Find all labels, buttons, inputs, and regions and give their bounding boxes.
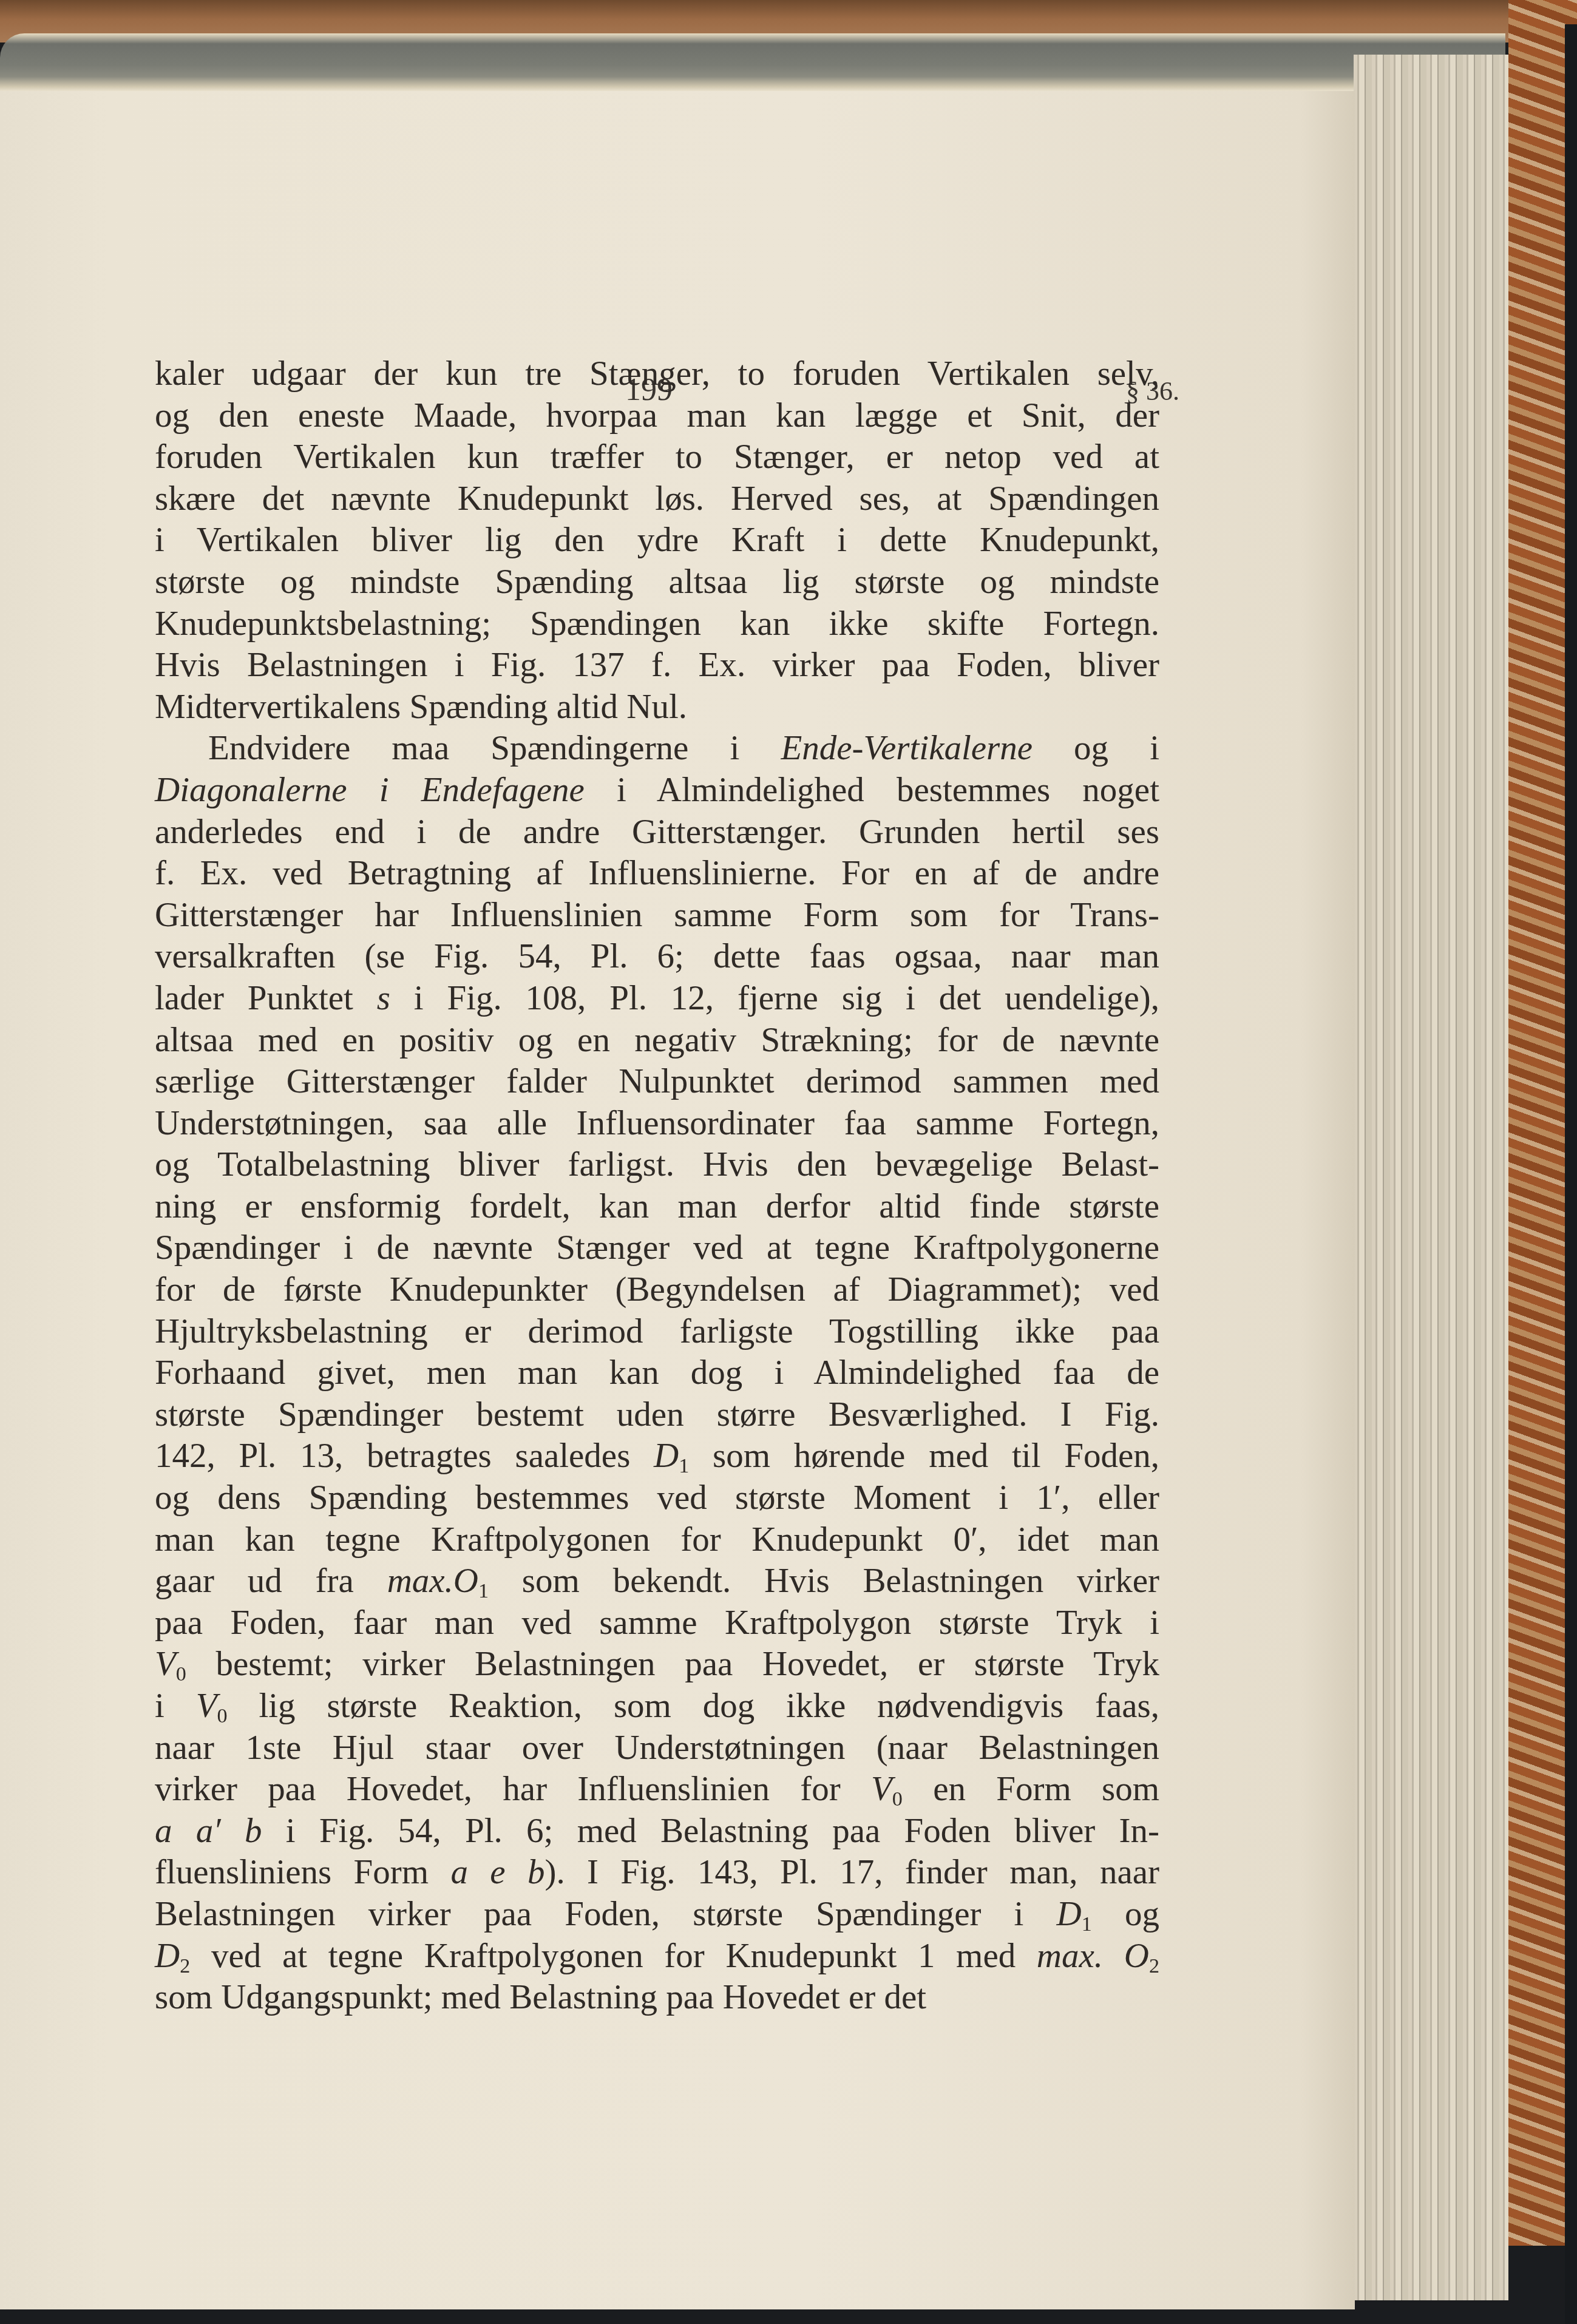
text-line: i V0 lig største Reaktion, som dog ikke … [155,1685,1159,1727]
text-line: største og mindste Spænding altsaa lig s… [155,561,1159,603]
text-line: Midtervertikalens Spænding altid Nul. [155,686,1159,728]
background-edge [1565,24,1577,2324]
text-line: Hjultryksbelastning er derimod farligste… [155,1311,1159,1353]
text-line: naar 1ste Hjul staar over Understøtninge… [155,1727,1159,1769]
book-top-edge [0,33,1505,91]
text-line: Knudepunktsbelastning; Spændingen kan ik… [155,603,1159,645]
text-line: og dens Spænding bestemmes ved største M… [155,1477,1159,1519]
text-line: f. Ex. ved Betragtning af Influenslinier… [155,853,1159,895]
text-line: Spændinger i de nævnte Stænger ved at te… [155,1227,1159,1269]
text-line: a a′ b i Fig. 54, Pl. 6; med Belastning … [155,1811,1159,1852]
text-line: som Udgangspunkt; med Belastning paa Hov… [155,1977,1159,2019]
paragraph: kaler udgaar der kun tre Stænger, to for… [155,353,1159,728]
body-text: kaler udgaar der kun tre Stænger, to for… [155,353,1159,2019]
text-line: versalkraften (se Fig. 54, Pl. 6; dette … [155,936,1159,978]
text-line: Gitterstænger har Influenslinien samme F… [155,895,1159,937]
text-line: Hvis Belastningen i Fig. 137 f. Ex. virk… [155,645,1159,686]
paragraph: Endvidere maa Spændingerne i Ende-Vertik… [155,728,1159,2018]
text-line: V0 bestemt; virker Belastningen paa Hove… [155,1644,1159,1685]
text-line: ning er ensformig fordelt, kan man derfo… [155,1186,1159,1228]
text-line: Understøtningen, saa alle Influensordina… [155,1103,1159,1145]
text-line: Belastningen virker paa Foden, største S… [155,1894,1159,1936]
text-line: for de første Knudepunkter (Begyndelsen … [155,1269,1159,1311]
text-line: Diagonalerne i Endefagene i Almindelighe… [155,770,1159,811]
text-line: foruden Vertikalen kun træffer to Stænge… [155,436,1159,478]
text-line: Endvidere maa Spændingerne i Ende-Vertik… [155,728,1159,770]
text-line: særlige Gitterstænger falder Nulpunktet … [155,1061,1159,1103]
text-line: fluensliniens Form a e b). I Fig. 143, P… [155,1852,1159,1894]
text-line: og Totalbelastning bliver farligst. Hvis… [155,1144,1159,1186]
text-line: man kan tegne Kraftpolygonen for Knudepu… [155,1519,1159,1561]
text-line: lader Punktet s i Fig. 108, Pl. 12, fjer… [155,978,1159,1020]
text-line: altsaa med en positiv og en negativ Stræ… [155,1020,1159,1062]
text-line: største Spændinger bestemt uden større B… [155,1394,1159,1436]
text-line: Forhaand givet, men man kan dog i Almind… [155,1352,1159,1394]
text-line: kaler udgaar der kun tre Stænger, to for… [155,353,1159,395]
text-line: D2 ved at tegne Kraftpolygonen for Knude… [155,1936,1159,1977]
text-line: 142, Pl. 13, betragtes saaledes D1 som h… [155,1435,1159,1477]
text-line: i Vertikalen bliver lig den ydre Kraft i… [155,520,1159,561]
page-stack-edge [1354,55,1508,2300]
text-line: virker paa Hovedet, har Influenslinien f… [155,1769,1159,1811]
text-line: og den eneste Maade, hvorpaa man kan læg… [155,395,1159,437]
text-line: anderledes end i de andre Gitterstænger.… [155,811,1159,853]
text-line: gaar ud fra max.O1 som bekendt. Hvis Bel… [155,1560,1159,1602]
text-line: paa Foden, faar man ved samme Kraftpolyg… [155,1602,1159,1644]
text-line: skære det nævnte Knudepunkt løs. Herved … [155,478,1159,520]
